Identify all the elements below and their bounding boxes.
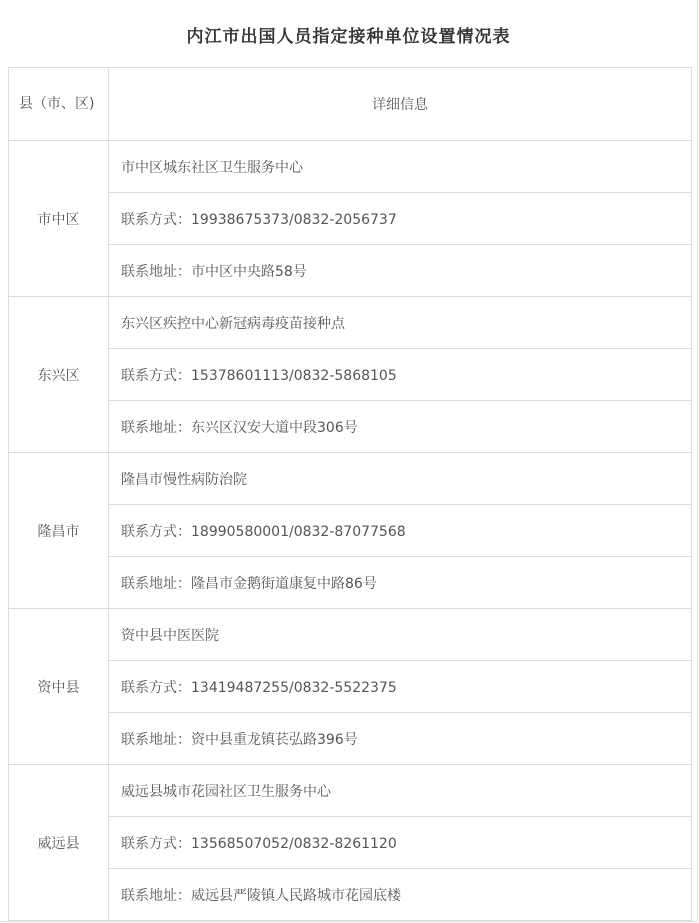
table-row: 联系地址：市中区中央路58号 <box>9 245 692 297</box>
vaccination-units-table: 县（市、区) 详细信息 市中区 市中区城东社区卫生服务中心 联系方式：19938… <box>8 67 692 921</box>
page-title: 内江市出国人员指定接种单位设置情况表 <box>0 0 697 47</box>
column-header-detail: 详细信息 <box>109 68 692 141</box>
table-row: 隆昌市 隆昌市慢性病防治院 <box>9 453 692 505</box>
region-cell: 资中县 <box>9 609 109 765</box>
address-cell: 联系地址：威远县严陵镇人民路城市花园底楼 <box>109 869 692 921</box>
table-row: 联系方式：13568507052/0832-8261120 <box>9 817 692 869</box>
table-row: 东兴区 东兴区疾控中心新冠病毒疫苗接种点 <box>9 297 692 349</box>
table-row: 联系地址：隆昌市金鹅街道康复中路86号 <box>9 557 692 609</box>
table-row: 资中县 资中县中医医院 <box>9 609 692 661</box>
table-row: 威远县 威远县城市花园社区卫生服务中心 <box>9 765 692 817</box>
column-header-region-label: 县（市、区) <box>19 89 98 119</box>
table-header-row: 县（市、区) 详细信息 <box>9 68 692 141</box>
contact-cell: 联系方式：15378601113/0832-5868105 <box>109 349 692 401</box>
table-row: 联系方式：18990580001/0832-87077568 <box>9 505 692 557</box>
address-cell: 联系地址：东兴区汉安大道中段306号 <box>109 401 692 453</box>
contact-cell: 联系方式：13568507052/0832-8261120 <box>109 817 692 869</box>
address-cell: 联系地址：资中县重龙镇苌弘路396号 <box>109 713 692 765</box>
contact-cell: 联系方式：19938675373/0832-2056737 <box>109 193 692 245</box>
table-row: 联系地址：威远县严陵镇人民路城市花园底楼 <box>9 869 692 921</box>
table-row: 市中区 市中区城东社区卫生服务中心 <box>9 141 692 193</box>
region-cell: 威远县 <box>9 765 109 921</box>
table-row: 联系方式：13419487255/0832-5522375 <box>9 661 692 713</box>
table-row: 联系地址：东兴区汉安大道中段306号 <box>9 401 692 453</box>
unit-name-cell: 威远县城市花园社区卫生服务中心 <box>109 765 692 817</box>
unit-name-cell: 东兴区疾控中心新冠病毒疫苗接种点 <box>109 297 692 349</box>
contact-cell: 联系方式：13419487255/0832-5522375 <box>109 661 692 713</box>
column-header-region: 县（市、区) <box>9 68 109 141</box>
region-cell: 隆昌市 <box>9 453 109 609</box>
table-body: 市中区 市中区城东社区卫生服务中心 联系方式：19938675373/0832-… <box>9 141 692 921</box>
address-cell: 联系地址：市中区中央路58号 <box>109 245 692 297</box>
unit-name-cell: 资中县中医医院 <box>109 609 692 661</box>
unit-name-cell: 隆昌市慢性病防治院 <box>109 453 692 505</box>
contact-cell: 联系方式：18990580001/0832-87077568 <box>109 505 692 557</box>
unit-name-cell: 市中区城东社区卫生服务中心 <box>109 141 692 193</box>
table-row: 联系地址：资中县重龙镇苌弘路396号 <box>9 713 692 765</box>
table-row: 联系方式：15378601113/0832-5868105 <box>9 349 692 401</box>
table-row: 联系方式：19938675373/0832-2056737 <box>9 193 692 245</box>
address-cell: 联系地址：隆昌市金鹅街道康复中路86号 <box>109 557 692 609</box>
region-cell: 东兴区 <box>9 297 109 453</box>
region-cell: 市中区 <box>9 141 109 297</box>
document-page: 内江市出国人员指定接种单位设置情况表 县（市、区) 详细信息 市中区 市中区城东… <box>0 0 698 922</box>
